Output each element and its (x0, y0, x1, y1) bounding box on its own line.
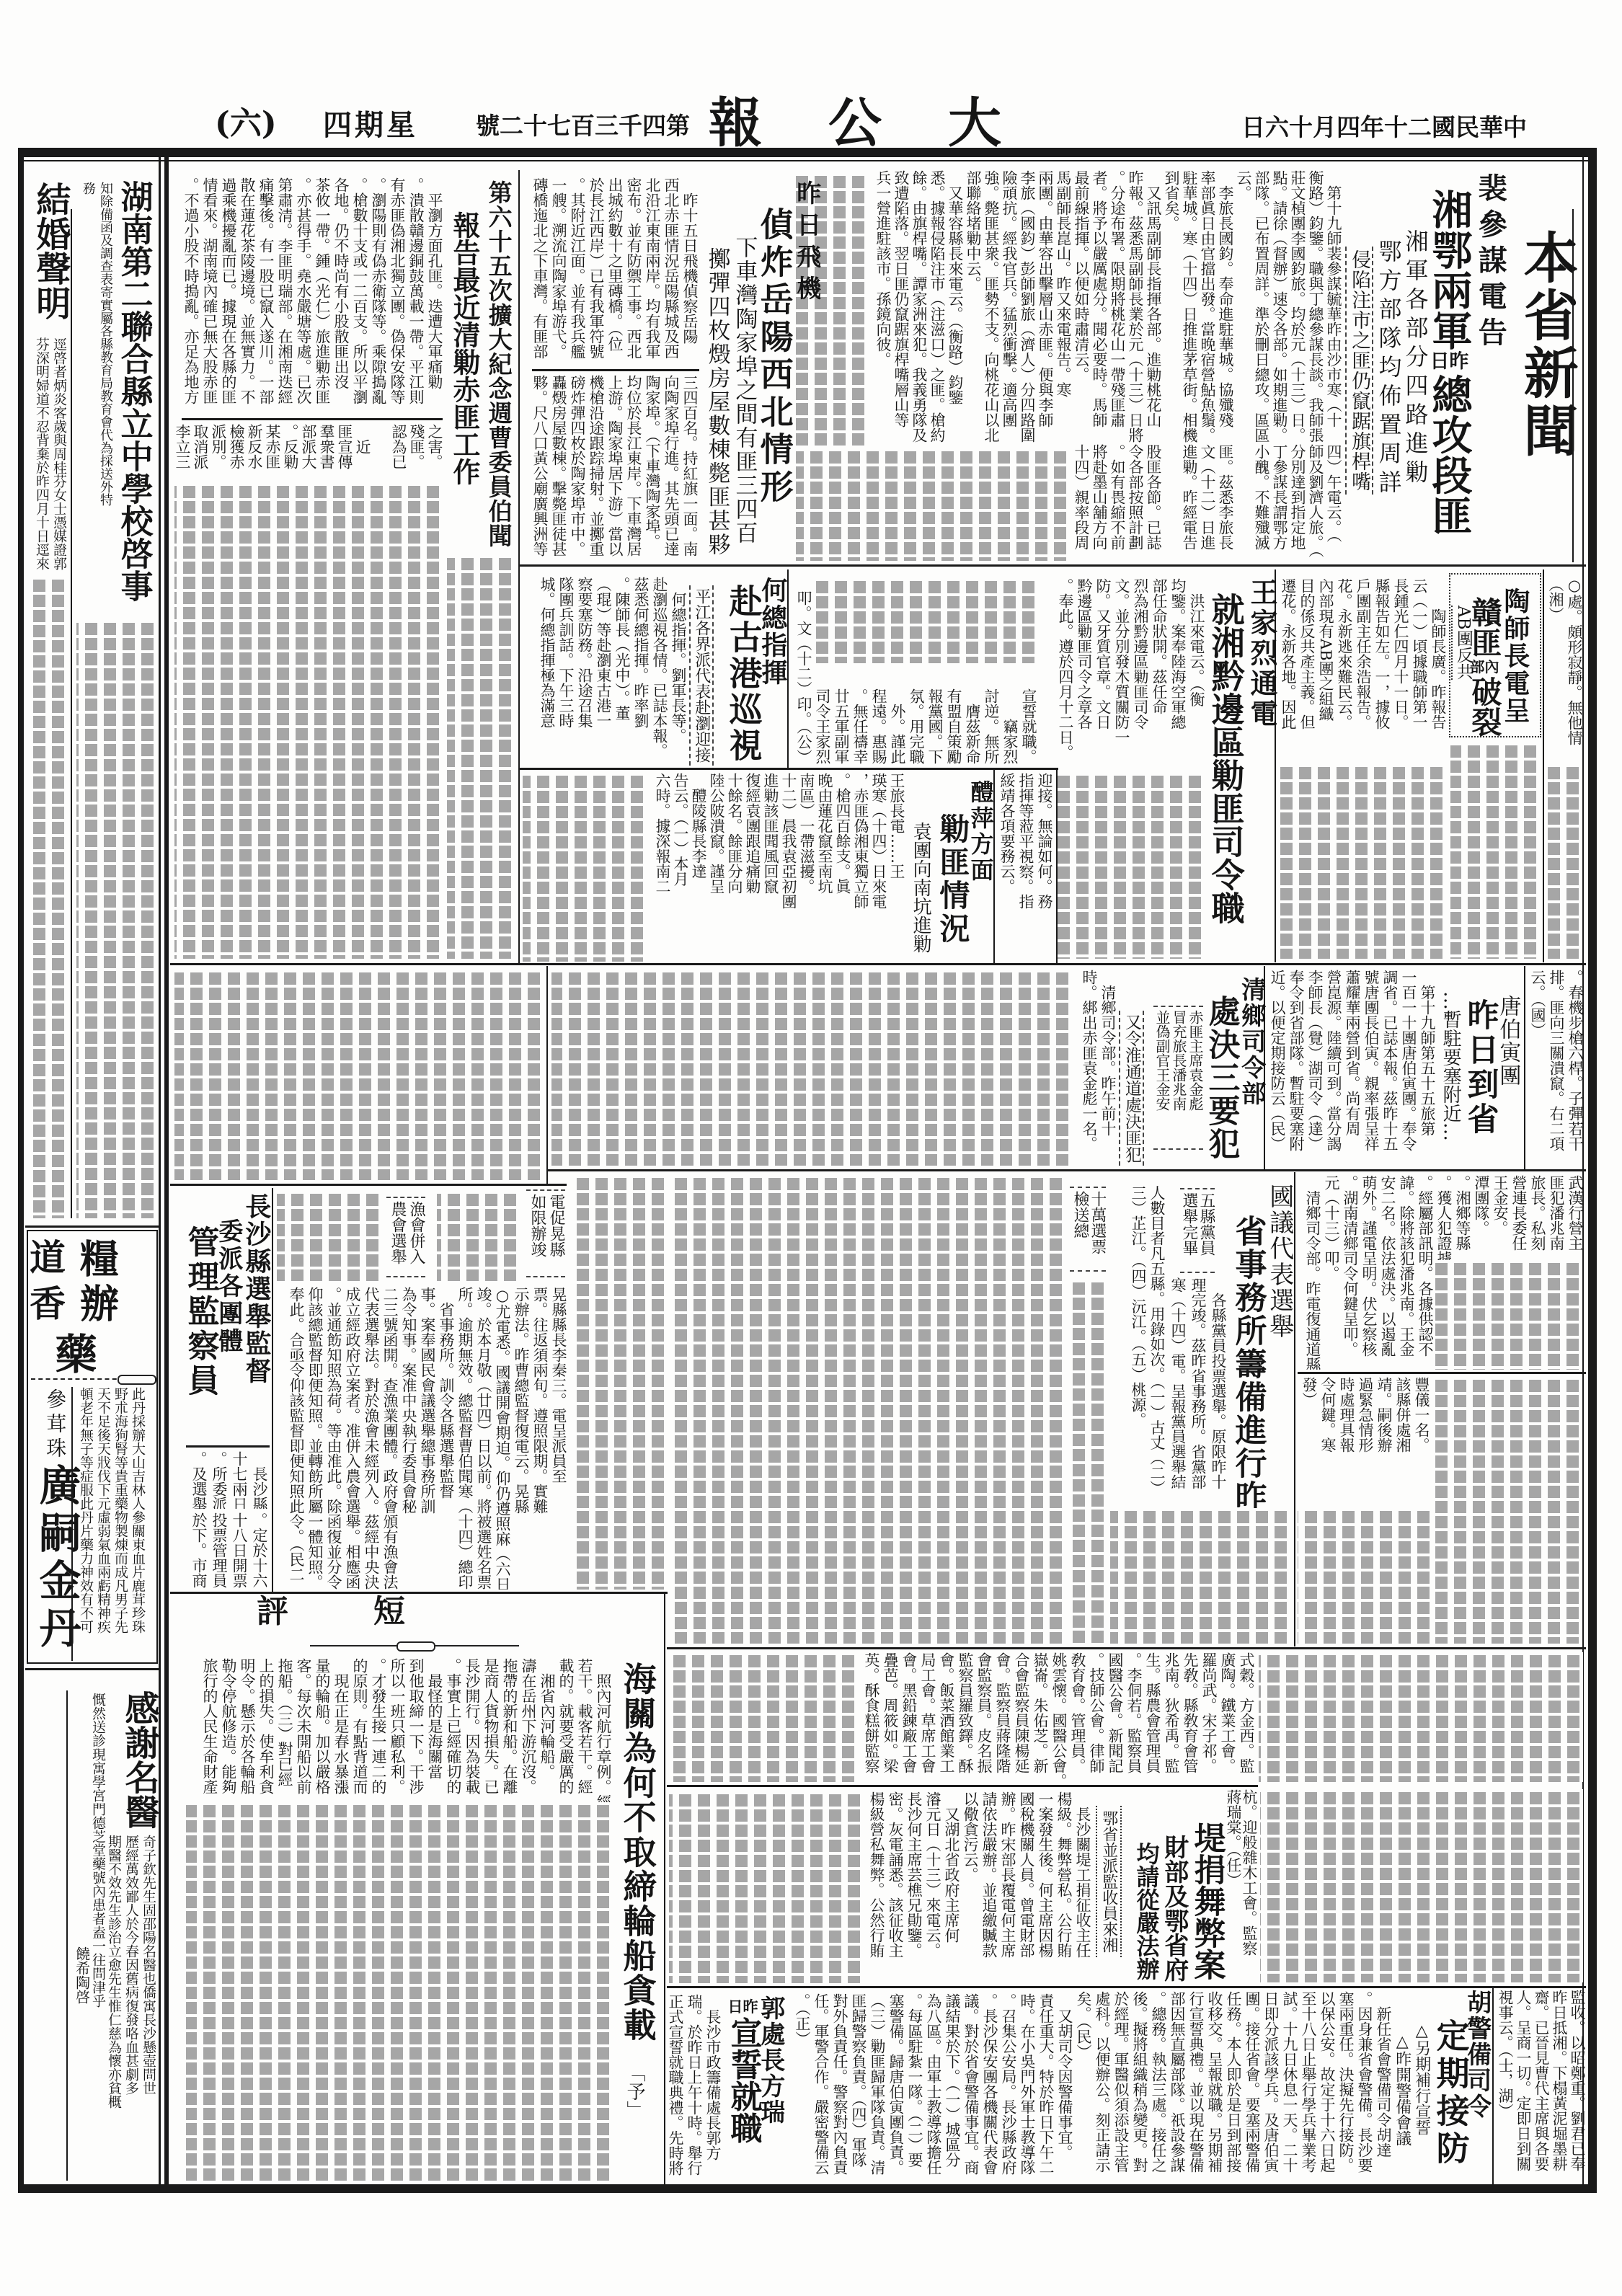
text-column: 瑞。於昨日上午十時。舉行 (685, 1994, 704, 2184)
thanks-notice-body: 奇子欽先生固邵陽名醫也僑寓長沙懸壺問世歷經萬效鄙人於今春因舊病復發咯血甚劇多期醫… (105, 1835, 157, 2166)
article-kicker: 清鄉司令部 (1238, 977, 1264, 1107)
text-column: 又胡司令因警備事宜。 (1055, 1993, 1074, 2184)
text-column: 出城約數十之里磚橋。（位 (606, 177, 624, 366)
row-rule (548, 1169, 1586, 1171)
headline-inset-date: 昨日 (1430, 353, 1469, 372)
text-column: 局工會。草席工會 (918, 1652, 937, 1783)
column-rule (25, 1225, 159, 1228)
article-subheadline-boxed: 平江各界派代表赴瀏迎接 (689, 585, 714, 766)
text-column: 馬副師長崑山。昨又來電報告。寒 (1054, 170, 1072, 443)
text-column: 行宣誓典禮。並以現在警備 (1187, 1991, 1205, 2183)
text-column: 密。灰電誦悉。該征收主 (886, 1791, 905, 1985)
text-column: 英。酥食糕餅監察 (862, 1652, 881, 1783)
text-column: 塞警備。歸唐伯寅團負責。 (887, 1993, 905, 2184)
illegible-text-region (1260, 1789, 1583, 1982)
text-column: 處科。以便辦公。刻正請示 (1093, 1991, 1112, 2183)
text-column: 認為已 (389, 424, 407, 480)
text-column: 式穀。方金西。監 (1237, 1652, 1256, 1783)
column-rule (66, 1690, 68, 2181)
text-column: 以儆貪污云。 (961, 1791, 980, 1985)
text-column: 第十九師第五十五旅第 (1418, 970, 1437, 1166)
text-column: 外。謹此 (888, 578, 907, 764)
text-column: 嶽崙。朱佑芝。新 (1031, 1652, 1050, 1783)
text-column: （三）勦匪歸軍隊負責。清 (868, 1993, 887, 2184)
text-column: 李師長（覺）湖司令（達） (1306, 970, 1324, 1166)
text-column: 匪。茲悉李旅長 (1216, 444, 1234, 561)
row-rule (667, 1785, 1258, 1787)
text-column: 某赤匪 (263, 424, 281, 480)
illegible-text-region (1298, 1508, 1433, 1644)
article-headline: 第六十五次擴大紀念週曹委員伯聞 (486, 180, 512, 548)
text-column: 議結果於下。（一）城區分 (943, 1993, 962, 2184)
text-column: 安二名。依法處決。以遏亂 (1378, 1175, 1397, 1370)
article-subheadline: 袁團向南坑進勦 (910, 822, 931, 953)
text-column: 代表選舉法。對於漁會未經列入。茲經中央決定 (362, 1287, 381, 1590)
text-column: 任務。本人即於是日到部接 (1224, 1991, 1243, 2183)
text-column: 疊芭。周筱如。梁 (881, 1652, 900, 1783)
text-column: 部隊。已布置周詳。準於刪日總攻。區區 (1252, 170, 1270, 443)
text-column: 。分途布署。限期將桃花山一帶殘匪肅 (1108, 170, 1126, 443)
text-column: 密布。並有防禦工事。西北 (624, 177, 643, 366)
article-body: 人數目者凡五縣。用錄如次。（一）古丈（二）三）芷江。（四）沅江。（五）桃源。 (1110, 1185, 1166, 1506)
text-column: 國稅機關人員。曾電財部 (1017, 1791, 1036, 1985)
article-headline: 勦匪情況 (936, 813, 969, 946)
text-column: 。不過小股不時搗亂。亦足為地方 (182, 177, 200, 415)
illegible-text-region (1435, 1377, 1582, 1644)
text-column: 叩。文（十二）印。（公） (794, 578, 813, 764)
text-column: 醴陵縣長李達 (689, 773, 707, 962)
text-column: 云。（國） (1528, 970, 1547, 1166)
text-column: 事。案奉國民會議選舉總事務所訓 (418, 1287, 437, 1590)
text-column: 又訊馬副師長指揮各部。進勦桃花山 (1144, 170, 1162, 443)
text-column: 派別。 (209, 424, 227, 480)
article-subheadline: 擲彈四枚燬房屋數棟斃匪甚夥 (704, 247, 728, 557)
text-column: 蔣瑞棠。（任） (1226, 1789, 1241, 1982)
article-body-continued: 豐儀一名。該縣併處湘靖。嗣後辦過緊急情形時處理具報令何鍵。寒發） (1298, 1377, 1431, 1503)
text-column: 新反水 (245, 424, 263, 480)
column-rule (1572, 209, 1574, 562)
text-column: 南區）一帶滋擾。 (797, 773, 815, 962)
text-column: ○尤電悉。國議開會期迫。仰仍遵照麻（六日 (493, 1287, 512, 1590)
illegible-text-region (796, 448, 1070, 561)
thanks-signature: 饒希陶啓 (74, 1946, 89, 2004)
text-column: 至十八日止舉行學兵畢業考 (1299, 1991, 1318, 2183)
article-subheadline-boxed: 又令淮通道處決匪犯 (1119, 1011, 1144, 1166)
text-column: 楊級營私舞弊。公然行賄 (867, 1791, 886, 1985)
text-column: 三四百名。持紅旗一面。南 (681, 375, 699, 564)
text-column: 。因身兼省會警備。長沙要 (1355, 1991, 1374, 2183)
article-headline: 湘鄂兩軍昨日總攻段匪 (1427, 189, 1471, 536)
article-headline-secondary: 赴古港巡視 (725, 584, 761, 764)
text-column: （湘） (1546, 577, 1565, 757)
article-subheadline: △昨開警備會議 (1393, 2033, 1411, 2146)
text-column: 漁會併入 (407, 1201, 425, 1273)
text-column: 羣衆書 (317, 424, 335, 480)
text-column: 散在蓮花茶陵邊境。並無實力。不 (238, 177, 257, 415)
row-rule (170, 1184, 567, 1186)
continued-text: 監收。以昭鄭重。劉君已奉昨日抵湘。下榻黃泥堀墨耕齋。已晉見曹代主席與各要人。呈商… (1496, 1990, 1586, 2183)
top-rule-thin (18, 160, 1597, 161)
text-column: 晃縣縣長李秦三。電呈派員至 (549, 1287, 568, 1590)
text-column (1162, 444, 1180, 561)
text-column: 點。請徐（督辦）速令各部。如期進勦。 (1270, 170, 1288, 443)
illegible-text-region (186, 1802, 613, 2181)
text-column: 。經屬部訊明。各據供認不 (1416, 1175, 1435, 1370)
text-column: 先敎。縣敎育會管 (1181, 1652, 1200, 1783)
text-column: 股匪各節。已誌 (1144, 444, 1162, 561)
text-column: 蕭耀華兩營到省。尚有周 (1343, 970, 1362, 1166)
newspaper-masthead: 大公報 (709, 97, 1068, 150)
text-column: 萌外。謹電呈明。伏乞察核 (1360, 1175, 1378, 1370)
text-column: 近 (353, 424, 371, 480)
illegible-text-region (1110, 1508, 1290, 1644)
text-column: 奇子欽先生固邵陽名醫也僑寓長沙懸壺問世 (140, 1835, 157, 2166)
issue-date: 中華民國二十年四月十六日 (1241, 115, 1527, 139)
article-subheadline: 下車灣陶家埠之間有匪三四百 (732, 236, 755, 545)
text-column: 濬元日（十三）來電云。 (923, 1791, 942, 1985)
article-body: 第十九師第五十五旅第一百一十團唐伯寅團。奉令調省。已誌本報。茲昨十五號唐團長伯寅… (1265, 970, 1437, 1166)
text-column: 元（十三）叩。 (1322, 1175, 1341, 1370)
text-column: 進勦該匪聞風回竄 (761, 773, 779, 962)
continued-text: 迎接。無論如何。務指揮等蒞平視察。指綏靖各項要務云。 (996, 773, 1054, 962)
text-column: 城。何總指揮極為滿意 (538, 577, 557, 766)
text-column: 長沙市政籌備處長郭方 (704, 1994, 722, 2184)
text-column: 將赴墨山舖方向 (1090, 444, 1108, 561)
school-notice-title: 湖南第二聯合縣立中學校啓事 (116, 180, 151, 602)
text-column: 赴瀏巡視各情。已誌本報。 (650, 577, 669, 766)
text-column: 視事云。（士，湖） (1496, 1990, 1514, 2183)
article-body: 新任省會警備司令胡達。因身兼省會警備。長沙要塞兩重任。決擬先行接防。以保公安。故… (1073, 1991, 1393, 2183)
column-rule (532, 369, 699, 371)
article-headline-secondary: 就湘黔邊區勦匪司令職 (1207, 593, 1244, 924)
text-column: 磚橋迤北之下車灣。有匪部 (531, 177, 549, 366)
text-column: 。及選舉監察員 (189, 1451, 209, 1509)
illegible-text-region (1070, 1280, 1107, 1644)
text-column: 駐華城。寒（十四）日推進茅草街。相機 (1180, 170, 1198, 443)
text-column: 十二）晨我袁亞初團 (779, 773, 797, 962)
subheading-box: 五縣黨員選舉完畢 (1180, 1188, 1215, 1273)
column-rule (182, 418, 443, 420)
text-column: 過乘機擾亂而已。據現在各縣的匪 (219, 177, 238, 415)
text-column: 過緊急情形 (1356, 1377, 1375, 1503)
text-column: 會。監察員蔣隆階 (993, 1652, 1012, 1783)
text-column: 新任省會警備司令胡達 (1374, 1991, 1393, 2183)
headline-inset-date: 昨日 (727, 1999, 758, 2014)
text-column: 李立三 (173, 424, 191, 480)
text-column: 票。往返須兩旬。遵照限期。實難 (531, 1287, 549, 1590)
text-column: 務 (79, 182, 97, 614)
text-column: 任。軍警合作。嚴密警備云 (812, 1993, 830, 2184)
text-column: 小醜。不難殲滅 (1252, 444, 1270, 561)
text-column: 迎接。無論如何。務 (1035, 773, 1054, 962)
article-headline: 省事務所籌備進行昨訊 (1231, 1215, 1265, 1546)
text-column: 王旅長電……王 (887, 773, 905, 962)
text-column: 情看來。湖南境內確已無大股赤匪 (200, 177, 219, 415)
article-headline: 偵炸岳陽西北情形 (756, 207, 792, 507)
text-column: 遷花。永新各地。因此 (1279, 578, 1298, 758)
issue-number: 第四千三百七十二號 (476, 114, 690, 138)
text-column: 兆南。狄希禹。監 (1162, 1652, 1181, 1783)
text-column: 後。擬將組織稍為變更。對 (1130, 1991, 1149, 2183)
text-column: 分別達到指定地 (1288, 444, 1306, 561)
text-column: 人數目者凡五縣。用錄如次。（一）古丈（二） (1148, 1185, 1166, 1506)
wavy-divider (31, 1378, 154, 1380)
ad-body: 此丹採辦大山吉林人參關東血片鹿茸珍珠野朮海狗腎等貴重藥物製煉而成凡男子先天不足後… (77, 1387, 146, 1664)
commentary-section-title: 短評 (257, 1596, 490, 1628)
article-headline-secondary: 昨日宣誓就職 (726, 1997, 761, 2143)
article-headline-secondary: 報告最近清勦赤匪工作 (450, 211, 479, 485)
text-column: 司令王家烈 (813, 578, 832, 764)
text-column: 長沙何主席芸樵兄勛鑒。 (905, 1791, 923, 1985)
text-column: 示辦法。昨曹總監督復電云。晃縣 (512, 1287, 531, 1590)
text-column: 。瀏陽則有偽赤衛隊等。乘隙搗亂 (369, 177, 388, 415)
text-column: 於經理。軍醫似須添設主管 (1112, 1991, 1130, 2183)
text-column: 國醫公會。新聞記 (1106, 1652, 1125, 1783)
text-column: 晚由蓮花竄至南坑 (815, 773, 833, 962)
text-column: 。槍四百餘支。眞 (833, 773, 851, 962)
illegible-text-region (551, 970, 1072, 1166)
text-column: 夥。尺八口黃公廟廣興洲等 (531, 375, 549, 564)
medicine-advertisement: 糧辦 藥 道香 參茸珠 廣嗣金丹 此丹採辦大山吉林人參關東血片鹿茸珍珠野朮海狗腎… (27, 1230, 158, 1664)
headline-inset: 內部 (1470, 660, 1499, 674)
marriage-notice-title: 結婚聲明 (31, 182, 68, 320)
text-column: 各縣黨員投票選舉。原限昨十 (1208, 1277, 1228, 1504)
article-kicker: 醴萍方面 (968, 780, 993, 884)
text-column: 。亦甚得手。堯水嚴塘等處。已次 (294, 177, 313, 415)
text-column: 六時。據深報南二 (653, 773, 671, 962)
text-column: 竊家烈 (1001, 578, 1019, 764)
text-column: 膺茲新命 (963, 578, 982, 764)
text-column: 理完竣。茲昨省事務所。省黨部 (1188, 1277, 1208, 1504)
row-rule (519, 768, 1058, 770)
text-column: 文（十二）日進 (1198, 444, 1216, 561)
article-subheadline-boxed: 侵陷注市之匪仍竄踞旗桿嘴 (1345, 247, 1373, 495)
text-column: 會。飯菜酒館業工 (937, 1652, 956, 1783)
text-column: 竣。於本月敬（廿四）日以前。將被選姓名票數 (474, 1287, 493, 1590)
text-column: 隊團兵訓話。下午三時 (557, 577, 575, 766)
text-column: 北沿江東南兩岸。均有我軍 (643, 177, 662, 366)
text-column: 磅炸彈四枚於陶家埠市中。 (568, 375, 587, 564)
text-column: 知除備函及調查表寄實屬各縣教育局教育會代為採送外特 (97, 182, 114, 614)
article-body: 何總指揮。劉軍長等。赴瀏巡視各情。已誌本報。茲悉何總指揮。昨率劉。陳師長（光中）… (523, 577, 688, 766)
article-subheadline: 財部及鄂省府 (1161, 1835, 1187, 1982)
text-column: 奉此。合亟令仰該監督即便知照此令。（民二 (287, 1287, 306, 1590)
article-subheadline: △另期補行宣誓 (1413, 2022, 1430, 2135)
top-rule (18, 148, 1597, 157)
text-column: 清鄉司令部。昨電復通道縣 (1303, 1175, 1322, 1370)
text-column: 省事務所。訓令各縣選舉監督 (437, 1287, 456, 1590)
text-column: 發） (1300, 1377, 1319, 1503)
article-body-lower: 三四百名。持紅旗一面。南向陶家埠行進。其先頭已達陶家埠。（下車灣陶家埠。均位於長… (525, 375, 699, 564)
text-column: 復經袁團跟追痛勦 (743, 773, 761, 962)
text-column: 丁參謀長謂鄂方 (1270, 444, 1288, 561)
text-column: 殘匪。 (407, 424, 425, 480)
text-column: 。潰散贛邊銅鼓萬載一帶。平江則 (407, 177, 425, 415)
text-column: 部聯絡堵勦中云。 (964, 170, 982, 443)
text-column (371, 424, 389, 480)
school-notice-body: 知除備函及調查表寄實屬各縣教育局教育會代為採送外特務 (78, 182, 114, 614)
text-column: 。定於十六 (249, 1509, 270, 1588)
headline-text: 破裂 (1467, 676, 1502, 737)
text-column: 茲悉何總指揮。昨率劉 (631, 577, 650, 766)
text-column: 時處理具報 (1337, 1377, 1356, 1503)
article-body-lower: 之害。殘匪。認為已 近匪宣傳羣衆書部派大。反勦某赤匪新反水檢獲赤派別。取消派李立… (173, 424, 443, 480)
column-rule (71, 1387, 73, 1661)
text-column: 赤匪主席袁金彪 (1187, 1010, 1203, 1145)
headline-detail-box: 赤匪主席袁金彪冒充旅長潘兆南並偽副官王金安 (1153, 1006, 1203, 1150)
text-column: 氛。用完職 (907, 578, 926, 764)
text-column: 一百一十團唐伯寅團。奉令 (1399, 970, 1418, 1166)
text-column: 日即分派該學兵。及唐伯寅 (1262, 1991, 1280, 2183)
text-column: 兵一營進駐該市。孫鏡向彼。 (874, 170, 892, 443)
appointee-list-end: 杭。迎般雜木工會。監察蔣瑞棠。（任） (1226, 1789, 1257, 1982)
illegible-text-region (447, 555, 515, 959)
article-body: 各縣黨員投票選舉。原限昨十理完竣。茲昨省事務所。省黨部寒（十四）電。呈報黨員選舉… (1166, 1277, 1228, 1504)
text-column: 。總務。執法三處。接任之 (1149, 1991, 1168, 2183)
article-headline: 管理監察員 (183, 1225, 218, 1399)
illegible-text-region (1058, 773, 1205, 959)
commentary-headline: 海關為何不取締輪船貪載 (619, 1662, 655, 2042)
text-column: 內部現有AB團之組織 (1316, 578, 1335, 758)
row-rule (667, 1986, 1586, 1988)
text-column: 長鍾光仁四月十一日。 (1391, 578, 1410, 758)
article-body: 清鄉司令部。昨午前十時。綁出赤匪袁金彪一名。 (1077, 970, 1117, 1166)
text-column: 營崑源。陸續可到。當分謁 (1324, 970, 1343, 1166)
text-column: 一案發生後。何主席因楊 (1036, 1791, 1055, 1985)
article-headline-secondary: 定期接防 (1432, 2018, 1468, 2168)
row-rule (170, 963, 1586, 965)
article-body: 第十九師裴參謀毓華昨由沙市寒（十衡路）鈞鑒。職與丁總參謀長談。我師張莊文楨團李國… (793, 170, 1342, 443)
column-rule (1543, 569, 1544, 962)
article-headline: 處決三要犯 (1204, 995, 1238, 1161)
text-column: 如限辦竣 (528, 1194, 546, 1273)
text-column: 。召集公安局。長沙縣政府 (999, 1993, 1018, 2184)
article-headline: 陶師長電呈 (1501, 588, 1529, 724)
text-column: 有赤匪偽湘北獨立團。偽保安隊等 (388, 177, 407, 415)
text-column: 十八日開票 (229, 1509, 249, 1588)
text-column: 十餘名。餘匪分向 (725, 773, 743, 962)
text-column: 者。將予以嚴厲處分。聞必要時。馬師 (1090, 170, 1108, 443)
text-column: 各地。仍不時尚有小股散匪出沒 (332, 177, 350, 415)
text-column: 何總指揮。劉軍長等。 (669, 577, 688, 766)
text-column: 昨十五日飛機偵察岳陽 (681, 177, 699, 366)
text-column: 餘。由旗桿嘴。譚家洲來犯。我義勇隊及 (910, 170, 928, 443)
text-column: 人。呈商一切。定即日到關 (1514, 1990, 1532, 2183)
text-column: 目的係反共產主義。但 (1298, 578, 1316, 758)
illegible-text-region (669, 1652, 858, 1782)
ad-banner-left: 道香 (27, 1238, 64, 1331)
text-column: 均位於長江東岸。下車灣居 (624, 375, 643, 564)
text-column: 責任重大。特於昨日下午二 (1037, 1993, 1055, 2184)
thanks-notice-title: 感謝名醫 (120, 1690, 157, 1829)
article-body-continued: 又胡司令因警備事宜。責任重大。特於昨日下午二時。在小吳門外軍士教導隊。召集公安局… (789, 1993, 1074, 2184)
article-subheadline: 湘軍各部分四路進勦 (1403, 229, 1428, 489)
text-column: 於下。市商 (189, 1509, 209, 1588)
text-column: 檢獲赤 (227, 424, 245, 480)
text-column: 率部眞日由官擋出發。當晚宿營鮎魚鬚。 (1198, 170, 1216, 443)
text-column: 。如有畏縮不前 (1108, 444, 1126, 561)
text-column: 為八區。由軍士教導隊擔任 (924, 1993, 943, 2184)
text-column: ，赤匪偽湘東獨立師 (851, 773, 869, 962)
article-body: 長沙縣選舉十七兩日投票。。所委派各團體。及選舉監察員 (189, 1451, 270, 1509)
headline-text: 宣誓就職 (725, 2016, 762, 2143)
column-rule (1056, 770, 1058, 963)
text-column (1234, 444, 1252, 561)
text-column: 衡路）鈞鑒。職與丁總參謀長談。我師張 (1306, 170, 1324, 443)
text-column: 李旅（國鈞）彭師劉旅（濟人）分四路圍 (1018, 170, 1036, 443)
text-column: 戶團副主任余浩報告。 (1354, 578, 1373, 758)
article-headline: 昨日到省 (1463, 998, 1497, 1137)
text-column: 十七兩日投票。 (229, 1451, 249, 1509)
text-column: 強。斃匪甚衆。匪勢不支。向桃花山以北 (982, 170, 1000, 443)
text-column: 寒（十四）電。呈報黨員選舉結 (1168, 1277, 1188, 1504)
text-column: 團。接任省會。要塞兩警備 (1243, 1991, 1262, 2183)
text-column: 第肅清。李匪明瑞部。在湘南迭經 (275, 177, 294, 415)
illegible-text-region (1435, 1260, 1582, 1370)
text-column: 長沙縣選舉 (249, 1451, 270, 1509)
text-column: 昨日抵湘。下榻黃泥堀墨耕 (1550, 1990, 1568, 2183)
text-column: 奉令到省部隊。暫駐要塞附 (1287, 970, 1306, 1166)
text-column: 廿五軍副軍 (832, 578, 851, 764)
left-column-divider-thick (164, 157, 169, 2186)
text-column: 。無任禱幸 (851, 578, 869, 764)
text-column: 會。黑鉛鍊廠工會 (900, 1652, 918, 1783)
continued-text: ○處。頗形寂靜。無他情（湘） (1546, 577, 1584, 757)
text-column: 險頑抗。經我官兵。猛烈衝擊。適高團 (1000, 170, 1018, 443)
text-column: 指揮等蒞平視察。指 (1016, 773, 1035, 962)
thanks-notice-body-b: 慨然送診現寓學宮門德芝堂藥號內患者盍一往問津乎 (89, 1693, 107, 2125)
text-column: 靖。嗣後辦 (1375, 1377, 1393, 1503)
text-column: 野朮海狗腎等貴重藥物製煉而成凡男子先 (112, 1387, 129, 1664)
text-column: 莊文楨團李國鈞旅。均於元（十三）日。 (1288, 170, 1306, 443)
text-column: 農會選舉 (388, 1201, 407, 1273)
text-column: 致遭陷落。翌日匪仍竄踞旗桿嘴層山等 (892, 170, 910, 443)
column-rule (272, 1188, 273, 1592)
illegible-text-region (76, 620, 157, 1218)
illegible-text-region (669, 1791, 864, 1983)
text-column: 機槍沿途跟踪掃射。並擲重 (587, 375, 606, 564)
text-column: 轟燬房屋數棟。擊斃匪徒甚 (549, 375, 568, 564)
column-rule (25, 1668, 159, 1670)
text-column: 茶攸一帶。鍾（光仁）旅進勦赤匪 (313, 177, 332, 415)
text-column: 又湖北省政府主席何 (942, 1791, 961, 1985)
article-body-lower: 。定於十六十八日開票投票管理員於下。市商 (189, 1509, 270, 1588)
text-column: 。其附近江面。並有我兵艦 (568, 177, 587, 366)
article-kicker: 國議代表選舉 (1266, 1184, 1293, 1339)
article-subheadline: …暫駐要塞附近… (1440, 991, 1461, 1141)
illegible-text-region (523, 773, 647, 962)
text-column: 試。十九日休息一天。二十 (1280, 1991, 1299, 2183)
row-rule (519, 564, 1586, 567)
article-body: 平瀏方面孔匪。迭遭大軍痛勦。潰散贛邊銅鼓萬載一帶。平江則有赤匪偽湘北獨立團。偽保… (180, 177, 444, 415)
text-column: 令各部按照計劃 (1126, 444, 1144, 561)
page-number: (六) (215, 108, 277, 140)
text-column: 。（正） (793, 1993, 812, 2184)
text-column: 請依法嚴辦。並追繳贓款 (980, 1791, 998, 1985)
text-column: 姚雲懷。國醫公會。 (1050, 1652, 1068, 1783)
text-column: 察要塞防務。沿途召集 (575, 577, 594, 766)
text-column: 師及劉濟人旅。（ (1306, 444, 1324, 561)
frame-right (1588, 148, 1597, 2193)
text-column: 五縣黨員 (1197, 1192, 1215, 1269)
text-column: 一艘。溯流向陶家埠游弋。 (549, 177, 568, 366)
article-body: 陶師長廣。昨報告云（一）頃據職師第一長鍾光仁四月十一日。縣報告如左。一，據攸戶團… (1277, 578, 1448, 758)
text-column: 選舉完畢 (1180, 1192, 1197, 1269)
text-column: 時。在小吳門外軍士教導隊 (1018, 1993, 1037, 2184)
text-column: 程遠。惠賜 (869, 578, 888, 764)
article-body: 長沙市政籌備處長郭方瑞。於昨日上午十時。舉行正式宣誓就職典禮。先時將 (665, 1994, 722, 2184)
ad-product-label: 參茸珠 (44, 1388, 66, 1462)
